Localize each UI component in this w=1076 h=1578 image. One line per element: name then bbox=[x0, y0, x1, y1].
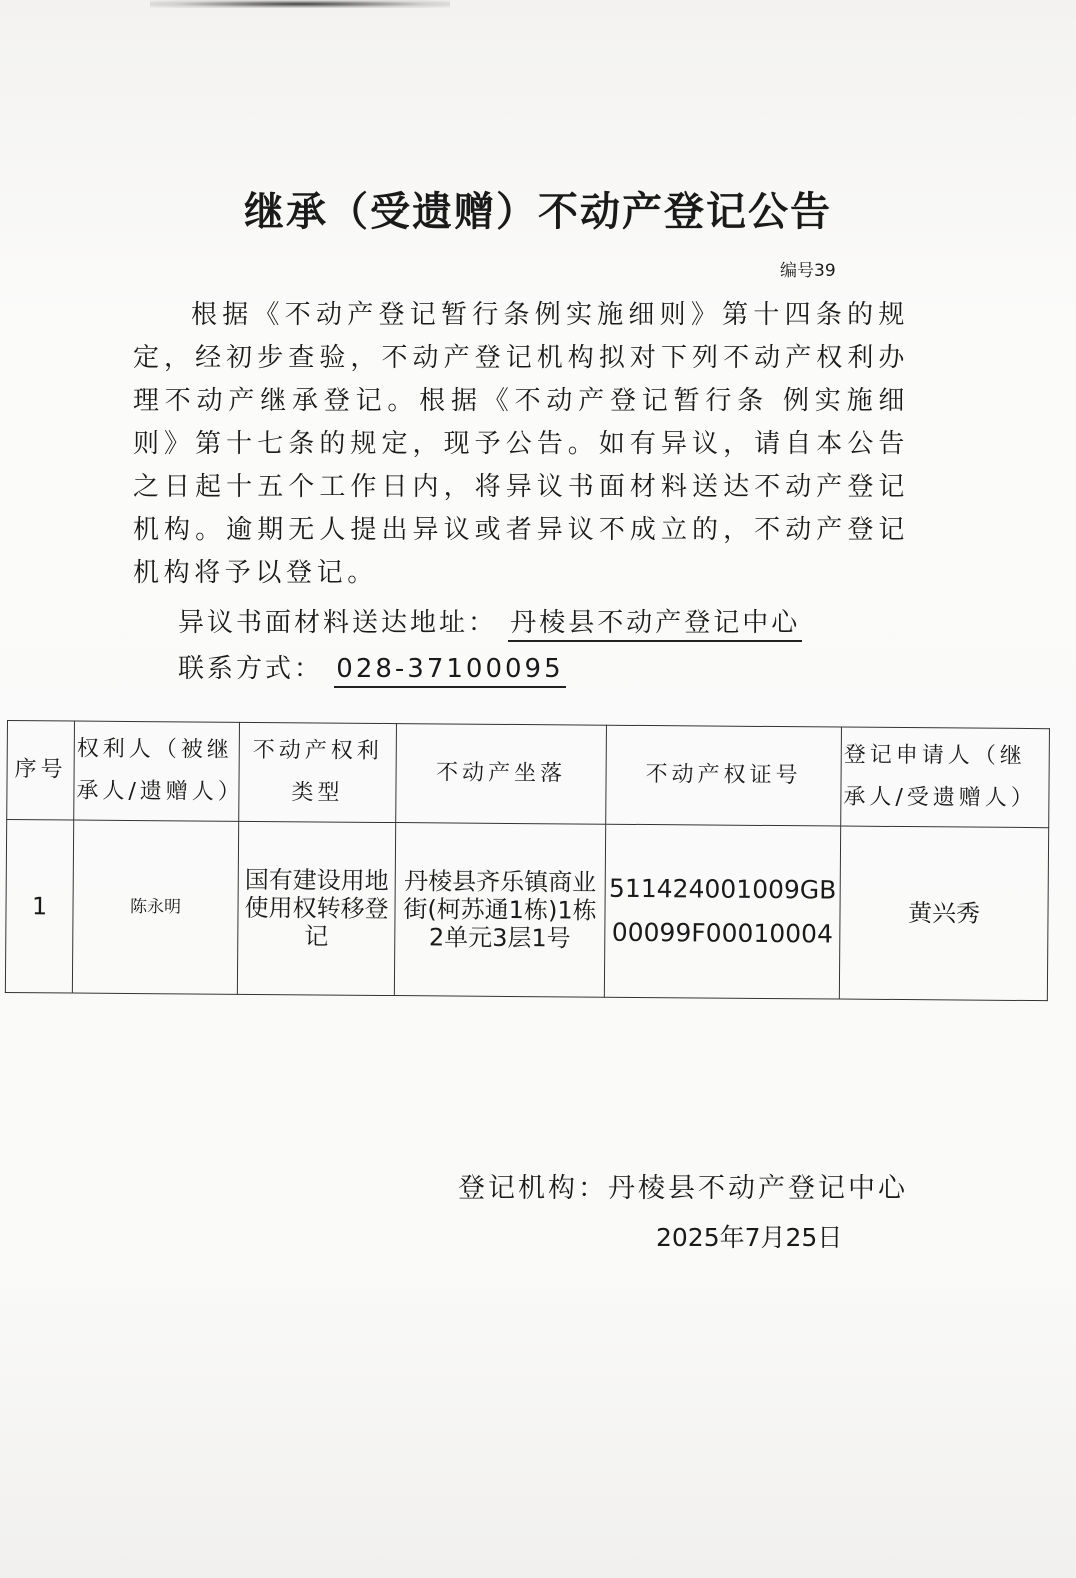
registration-authority: 登记机构：丹棱县不动产登记中心 bbox=[458, 1166, 908, 1205]
table-row: 1 陈永明 国有建设用地使用权转移登记 丹棱县齐乐镇商业街(柯苏通1栋)1栋2单… bbox=[5, 820, 1048, 1001]
cell-owner: 陈永明 bbox=[72, 820, 238, 994]
notice-paragraph: 根据《不动产登记暂行条例实施细则》第十四条的规定，经初步查验，不动产登记机构拟对… bbox=[133, 294, 909, 595]
header-seq: 序号 bbox=[7, 721, 75, 821]
objection-address-label: 异议书面材料送达地址： bbox=[178, 608, 497, 638]
cell-right-type: 国有建设用地使用权转移登记 bbox=[237, 821, 395, 995]
notice-date: 2025年7月25日 bbox=[656, 1218, 842, 1254]
header-applicant: 登记申请人（继承人/受遗赠人） bbox=[841, 727, 1050, 828]
header-certificate: 不动产权证号 bbox=[606, 725, 842, 826]
header-location: 不动产坐落 bbox=[396, 724, 607, 825]
notice-page: 继承（受遗赠）不动产登记公告 编号39 根据《不动产登记暂行条例实施细则》第十四… bbox=[0, 0, 1076, 1578]
contact-info: 联系方式： 028-37100095 bbox=[178, 648, 566, 685]
objection-address: 异议书面材料送达地址： 丹棱县不动产登记中心 bbox=[178, 602, 802, 639]
registration-table: 序号 权利人（被继承人/遗赠人） 不动产权利类型 不动产坐落 不动产权证号 登记… bbox=[5, 720, 1050, 1001]
notice-body: 根据《不动产登记暂行条例实施细则》第十四条的规定，经初步查验，不动产登记机构拟对… bbox=[133, 294, 909, 595]
header-right-type: 不动产权利类型 bbox=[239, 722, 397, 822]
table-header-row: 序号 权利人（被继承人/遗赠人） 不动产权利类型 不动产坐落 不动产权证号 登记… bbox=[7, 721, 1050, 828]
cell-applicant: 黄兴秀 bbox=[839, 826, 1048, 1001]
photo-edge-shadow bbox=[150, 0, 450, 8]
cell-certificate: 511424001009GB00099F00010004 bbox=[604, 824, 840, 999]
cell-location: 丹棱县齐乐镇商业街(柯苏通1栋)1栋2单元3层1号 bbox=[394, 823, 605, 998]
document-title: 继承（受遗赠）不动产登记公告 bbox=[0, 180, 1076, 237]
contact-label: 联系方式： bbox=[178, 654, 323, 684]
header-owner: 权利人（被继承人/遗赠人） bbox=[74, 721, 240, 821]
contact-phone: 028-37100095 bbox=[334, 654, 565, 688]
registration-table-wrapper: 序号 权利人（被继承人/遗赠人） 不动产权利类型 不动产坐落 不动产权证号 登记… bbox=[5, 720, 1050, 1001]
objection-address-value: 丹棱县不动产登记中心 bbox=[508, 608, 802, 642]
document-number: 编号39 bbox=[780, 256, 836, 281]
cell-seq: 1 bbox=[5, 820, 73, 994]
